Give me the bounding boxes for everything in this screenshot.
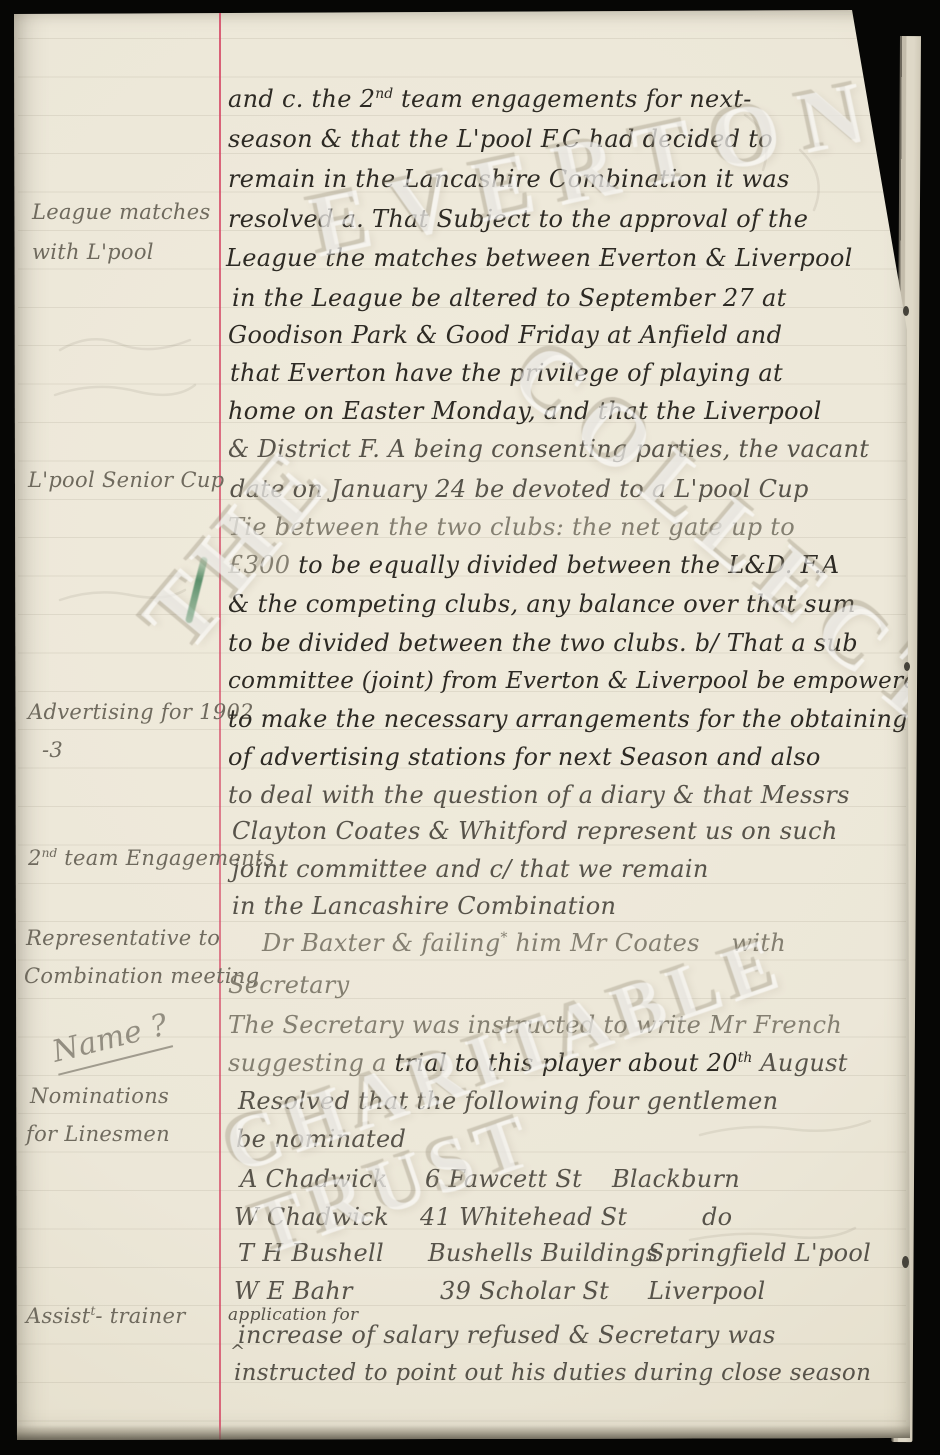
- manuscript-line: be nominated: [236, 1126, 406, 1154]
- manuscript-line: The Secretary was instructed to write Mr…: [228, 1012, 842, 1040]
- edge-ink-dot: [902, 1256, 909, 1268]
- margin-note: 2nd team Engagements: [28, 846, 275, 870]
- manuscript-line: that Everton have the privilege of playi…: [230, 360, 783, 388]
- manuscript-line: in the Lancashire Combination: [232, 893, 616, 921]
- margin-note: Representative to: [26, 926, 220, 950]
- watermark-text: THE: [118, 422, 353, 672]
- page-bottom-edge: [14, 1425, 910, 1440]
- manuscript-line: date on January 24 be devoted to a L'poo…: [230, 476, 809, 504]
- watermark-text: CHARITABLE TRUST: [212, 871, 940, 1273]
- manuscript-line: and c. the 2nd team engagements for next…: [228, 86, 752, 114]
- edge-ink-dot: [904, 662, 910, 671]
- manuscript-line: in the League be altered to September 27…: [232, 285, 787, 313]
- manuscript-line: suggesting a trial to this player about …: [228, 1050, 848, 1078]
- scan-background: League matcheswith L'poolL'pool Senior C…: [0, 0, 940, 1455]
- manuscript-line: Tie between the two clubs: the net gate …: [228, 514, 795, 542]
- margin-note: L'pool Senior Cup: [28, 468, 224, 492]
- manuscript-line: £300 to be equally divided between the L…: [228, 552, 839, 580]
- manuscript-line: & the competing clubs, any balance over …: [228, 591, 856, 619]
- manuscript-line: to make the necessary arrangements for t…: [228, 706, 908, 734]
- margin-note: Assistt- trainer: [26, 1304, 186, 1328]
- manuscript-line: League the matches between Everton & Liv…: [226, 245, 853, 273]
- manuscript-line: home on Easter Monday, and that the Live…: [228, 398, 822, 426]
- manuscript-line: Clayton Coates & Whitford represent us o…: [232, 818, 838, 846]
- margin-note: Combination meeting: [24, 964, 259, 988]
- show-through-layer: [0, 0, 940, 1455]
- manuscript-line: application for: [228, 1306, 358, 1326]
- green-pencil-mark: [185, 556, 208, 624]
- ruled-lines-layer: [18, 38, 906, 1422]
- margin-note: Advertising for 1902: [28, 700, 254, 724]
- manuscript-line: season & that the L'pool F.C had decided…: [228, 126, 773, 154]
- manuscript-line: of advertising stations for next Season …: [228, 744, 821, 772]
- margin-note: League matches: [32, 200, 211, 224]
- manuscript-line: Goodison Park & Good Friday at Anfield a…: [228, 322, 782, 350]
- red-margin-rule: [219, 10, 221, 1440]
- manuscript-line: remain in the Lancashire Combination it …: [228, 166, 790, 194]
- manuscript-line: Dr Baxter & failing* him Mr Coates with: [262, 930, 786, 958]
- manuscript-line: committee (joint) from Everton & Liverpo…: [228, 668, 932, 694]
- margin-note: Nominations: [30, 1084, 169, 1108]
- edge-ink-dot: [903, 306, 909, 316]
- insertion-caret: ^: [230, 1342, 245, 1363]
- manuscript-line: instructed to point out his duties durin…: [234, 1360, 871, 1386]
- margin-note: -3: [42, 738, 63, 762]
- manuscript-line: resolved a. That Subject to the approval…: [228, 206, 808, 234]
- manuscript-line: to deal with the question of a diary & t…: [228, 782, 850, 810]
- manuscript-line: & District F. A being consenting parties…: [228, 436, 869, 464]
- paper-page: League matcheswith L'poolL'pool Senior C…: [14, 10, 910, 1440]
- margin-note: with L'pool: [32, 240, 154, 264]
- manuscript-line: increase of salary refused & Secretary w…: [238, 1322, 776, 1350]
- watermark-text: EVERTON: [300, 56, 893, 276]
- manuscript-line: joint committee and c/ that we remain: [232, 856, 709, 884]
- manuscript-line: Secretary: [228, 972, 349, 1000]
- watermark-text: COLLECTION: [492, 318, 940, 892]
- margin-note: for Linesmen: [26, 1122, 170, 1146]
- manuscript-line: Resolved that the following four gentlem…: [238, 1088, 778, 1116]
- margin-note: Name ?: [49, 1008, 173, 1075]
- manuscript-line: to be divided between the two clubs. b/ …: [228, 630, 858, 658]
